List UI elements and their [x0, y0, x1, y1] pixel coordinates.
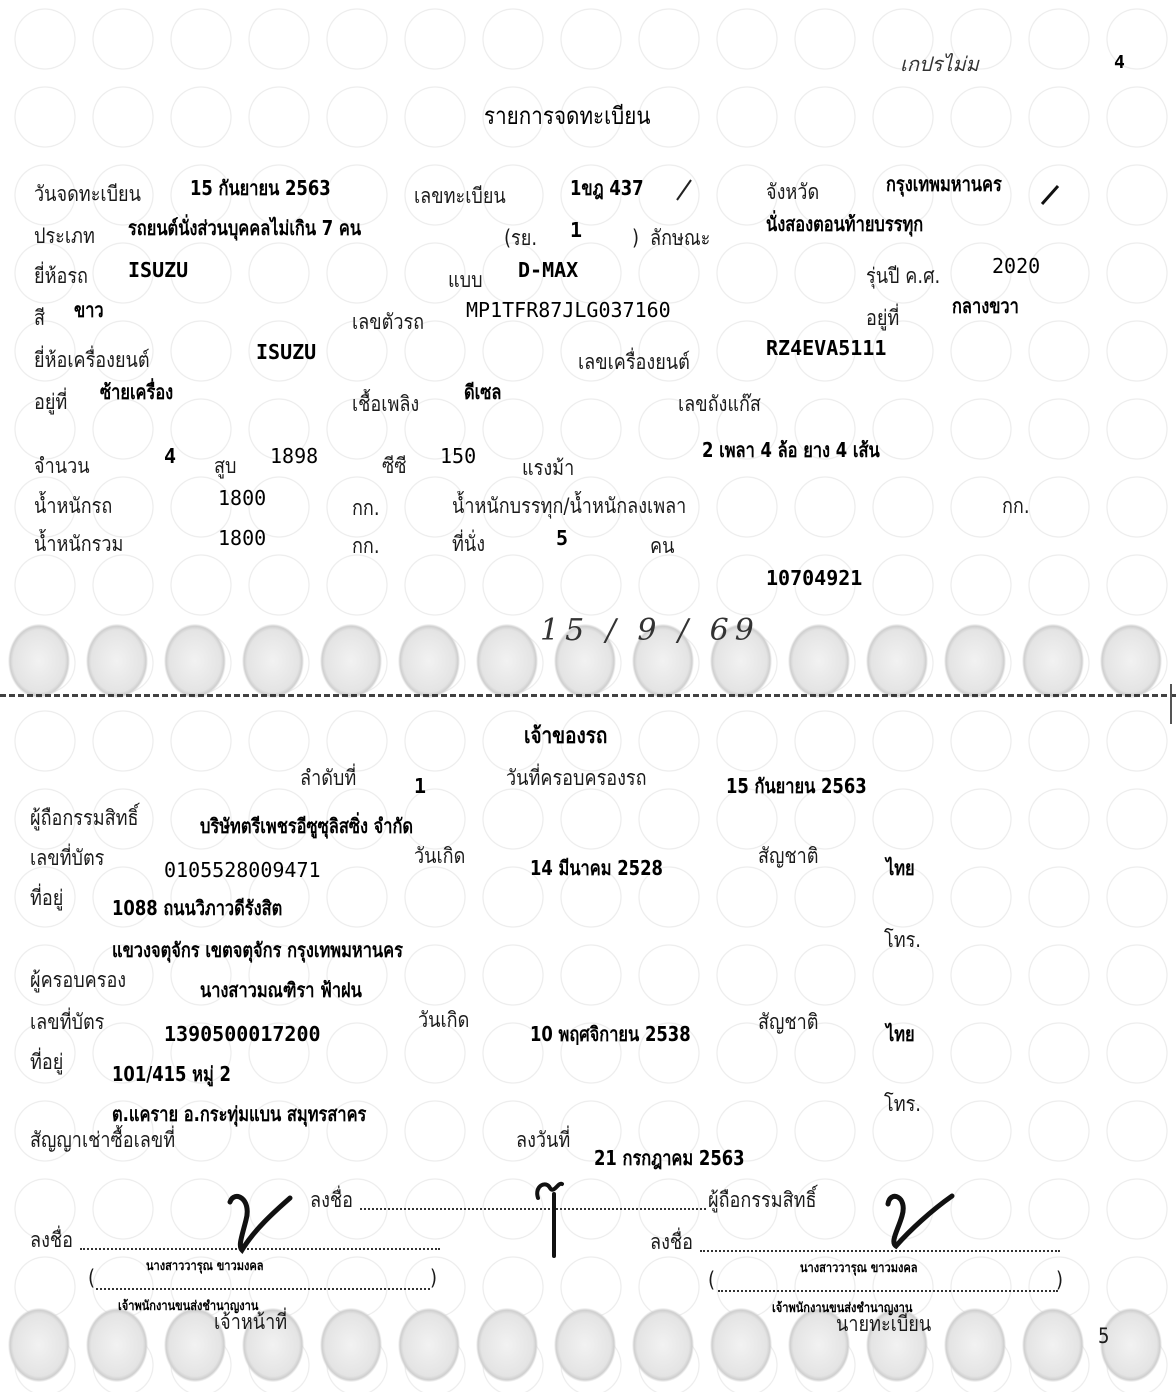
kg-unit: กก. [352, 536, 380, 557]
type-label: ประเภท [34, 226, 95, 247]
engine-location: ซ้ายเครื่อง [100, 382, 173, 402]
engine-brand-label: ยี่ห้อเครื่องยนต์ [34, 350, 150, 371]
engine-cc: 1898 [270, 446, 318, 466]
registration-title: รายการจดทะเบียน [484, 104, 650, 128]
possessor-address-line2: ต.แคราย อ.กระทุ่มแบน สมุทรสาคร [112, 1104, 366, 1124]
axle-wheel-info: 2 เพลา 4 ล้อ ยาง 4 เส้น [702, 440, 880, 460]
fuel-label: เชื้อเพลิง [352, 394, 419, 415]
color: ขาว [74, 300, 104, 320]
edge-line [1170, 684, 1172, 724]
possessor-id-number: 1390500017200 [164, 1024, 321, 1044]
handwritten-note: เกปรไม่ม [900, 54, 979, 74]
kg-unit: กก. [352, 498, 380, 519]
cylinder-count: 4 [164, 446, 176, 466]
holder-id-label: เลขที่บัตร [30, 848, 104, 869]
possessor-dob: 10 พฤศจิกายน 2538 [530, 1024, 691, 1044]
brand-label: ยี่ห้อรถ [34, 266, 88, 287]
chassis-label: เลขตัวรถ [352, 312, 424, 333]
holder-label: ผู้ถือกรรมสิทธิ์ [30, 808, 139, 829]
gas-tank-label: เลขถังแก๊ส [678, 394, 761, 415]
holder-sign-suffix: ผู้ถือกรรมสิทธิ์ [708, 1190, 817, 1211]
holder-address-line1: 1088 ถนนวิภาวดีรังสิต [112, 898, 282, 918]
officer-name-line [96, 1288, 430, 1290]
handwritten-date: 15 / 9 / 69 [540, 616, 760, 646]
possessor-nationality-label: สัญชาติ [758, 1012, 819, 1033]
reg-date-label: วันจดทะเบียน [34, 184, 141, 205]
engine-number: RZ4EVA5111 [766, 338, 886, 358]
check-mark-icon [1040, 184, 1060, 206]
hp-unit: แรงม้า [522, 458, 574, 479]
ry-label: (รย. [504, 228, 537, 249]
possessor-name: นางสาวมณฑิรา ฟ้าฝน [200, 980, 362, 1000]
model-year: 2020 [992, 256, 1040, 276]
holder-address-label: ที่อยู่ [30, 888, 63, 909]
cylinder-count-label: จำนวน [34, 456, 90, 477]
sequence-label: ลำดับที่ [300, 768, 356, 789]
seats-label: ที่นั่ง [452, 534, 485, 555]
officer-name: นางสาววารุณ ขาวมงคล [146, 1260, 264, 1273]
open-paren: ( [708, 1270, 715, 1291]
holder-name: บริษัทตรีเพชรอีซูซุลิสซิ่ง จำกัด [200, 816, 413, 836]
vehicle-type: รถยนต์นั่งส่วนบุคคลไม่เกิน 7 คน [128, 218, 361, 238]
cylinder-unit: สูบ [214, 456, 236, 477]
cc-unit: ซีซี [382, 456, 407, 477]
gross-weight-label: น้ำหนักรวม [34, 534, 123, 555]
load-weight-label: น้ำหนักบรรทุก/น้ำหนักลงเพลา [452, 496, 686, 517]
close-paren: ) [430, 1268, 437, 1289]
close-paren: ) [1056, 1270, 1063, 1291]
ry-number: 1 [570, 220, 582, 240]
horsepower: 150 [440, 446, 476, 466]
registrar-signature-icon [876, 1190, 956, 1256]
model-label: แบบ [448, 270, 483, 291]
possession-date: 15 กันยายน 2563 [726, 776, 867, 796]
holder-phone-label: โทร. [884, 930, 921, 951]
year-label: รุ่นปี ค.ศ. [866, 266, 940, 287]
possessor-address-line1: 101/415 หมู่ 2 [112, 1064, 231, 1084]
holder-id-number: 0105528009471 [164, 860, 321, 880]
page-number-bottom: 5 [1098, 1326, 1110, 1347]
document-number: 10704921 [766, 568, 862, 588]
engine-brand: ISUZU [256, 342, 316, 362]
engine-number-label: เลขเครื่องยนต์ [578, 352, 690, 373]
holder-sign-label: ลงชื่อ [310, 1190, 353, 1211]
possessor-phone-label: โทร. [884, 1094, 921, 1115]
reg-date: 15 กันยายน 2563 [190, 178, 331, 198]
holder-dob: 14 มีนาคม 2528 [530, 858, 663, 878]
lease-date: 21 กรกฎาคม 2563 [594, 1148, 745, 1168]
sequence-number: 1 [414, 776, 426, 796]
owner-title: เจ้าของรถ [524, 726, 607, 748]
holder-dob-label: วันเกิด [414, 846, 465, 867]
plate-label: เลขทะเบียน [414, 186, 506, 207]
holder-address-line2: แขวงจตุจักร เขตจตุจักร กรุงเทพมหานคร [112, 940, 403, 960]
holder-nationality-label: สัญชาติ [758, 846, 819, 867]
chassis-location-label: อยู่ที่ [866, 308, 899, 329]
brand: ISUZU [128, 260, 188, 280]
page-divider [0, 694, 1176, 697]
holder-nationality: ไทย [886, 858, 915, 878]
chassis-number: MP1TFR87JLG037160 [466, 300, 671, 320]
gross-weight: 1800 [218, 528, 266, 548]
officer-signature-icon [224, 1190, 294, 1260]
seats: 5 [556, 528, 568, 548]
registrar-officer-name: นางสาววารุณ ขาวมงคล [800, 1262, 918, 1275]
possessor-id-label: เลขที่บัตร [30, 1012, 104, 1033]
possessor-dob-label: วันเกิด [418, 1010, 469, 1031]
registrar-sign-label: ลงชื่อ [650, 1232, 693, 1253]
possession-date-label: วันที่ครอบครองรถ [506, 768, 647, 789]
engine-location-label: อยู่ที่ [34, 392, 67, 413]
possessor-address-label: ที่อยู่ [30, 1052, 63, 1073]
kg-unit: กก. [1002, 496, 1030, 517]
province: กรุงเทพมหานคร [886, 174, 1002, 194]
style-label: ลักษณะ [650, 228, 710, 249]
color-label: สี [34, 308, 45, 329]
seats-unit: คน [650, 536, 674, 557]
open-paren: ( [88, 1268, 95, 1289]
vehicle-style: นั่งสองตอนท้ายบรรทุก [766, 214, 923, 234]
page-number-top: 4 [1114, 54, 1125, 72]
right-role: นายทะเบียน [836, 1314, 931, 1335]
registrar-name-line [718, 1290, 1058, 1292]
ry-close: ) [632, 228, 639, 249]
plate-number: 1ขฎ 437 [570, 178, 644, 198]
model: D-MAX [518, 260, 578, 280]
vehicle-weight-label: น้ำหนักรถ [34, 496, 112, 517]
lease-date-label: ลงวันที่ [516, 1130, 570, 1151]
possessor-label: ผู้ครอบครอง [30, 970, 126, 991]
left-role: เจ้าหน้าที่ [214, 1312, 287, 1333]
lease-contract-label: สัญญาเช่าซื้อเลขที่ [30, 1130, 175, 1151]
province-label: จังหวัด [766, 182, 819, 203]
possessor-nationality: ไทย [886, 1024, 915, 1044]
vehicle-weight: 1800 [218, 488, 266, 508]
seal-watermark-band [0, 1306, 1176, 1382]
officer-sign-label: ลงชื่อ [30, 1230, 73, 1251]
chassis-location: กลางขวา [952, 296, 1019, 316]
check-mark-icon [676, 178, 692, 202]
holder-signature-icon [532, 1178, 572, 1260]
fuel: ดีเซล [464, 382, 501, 402]
